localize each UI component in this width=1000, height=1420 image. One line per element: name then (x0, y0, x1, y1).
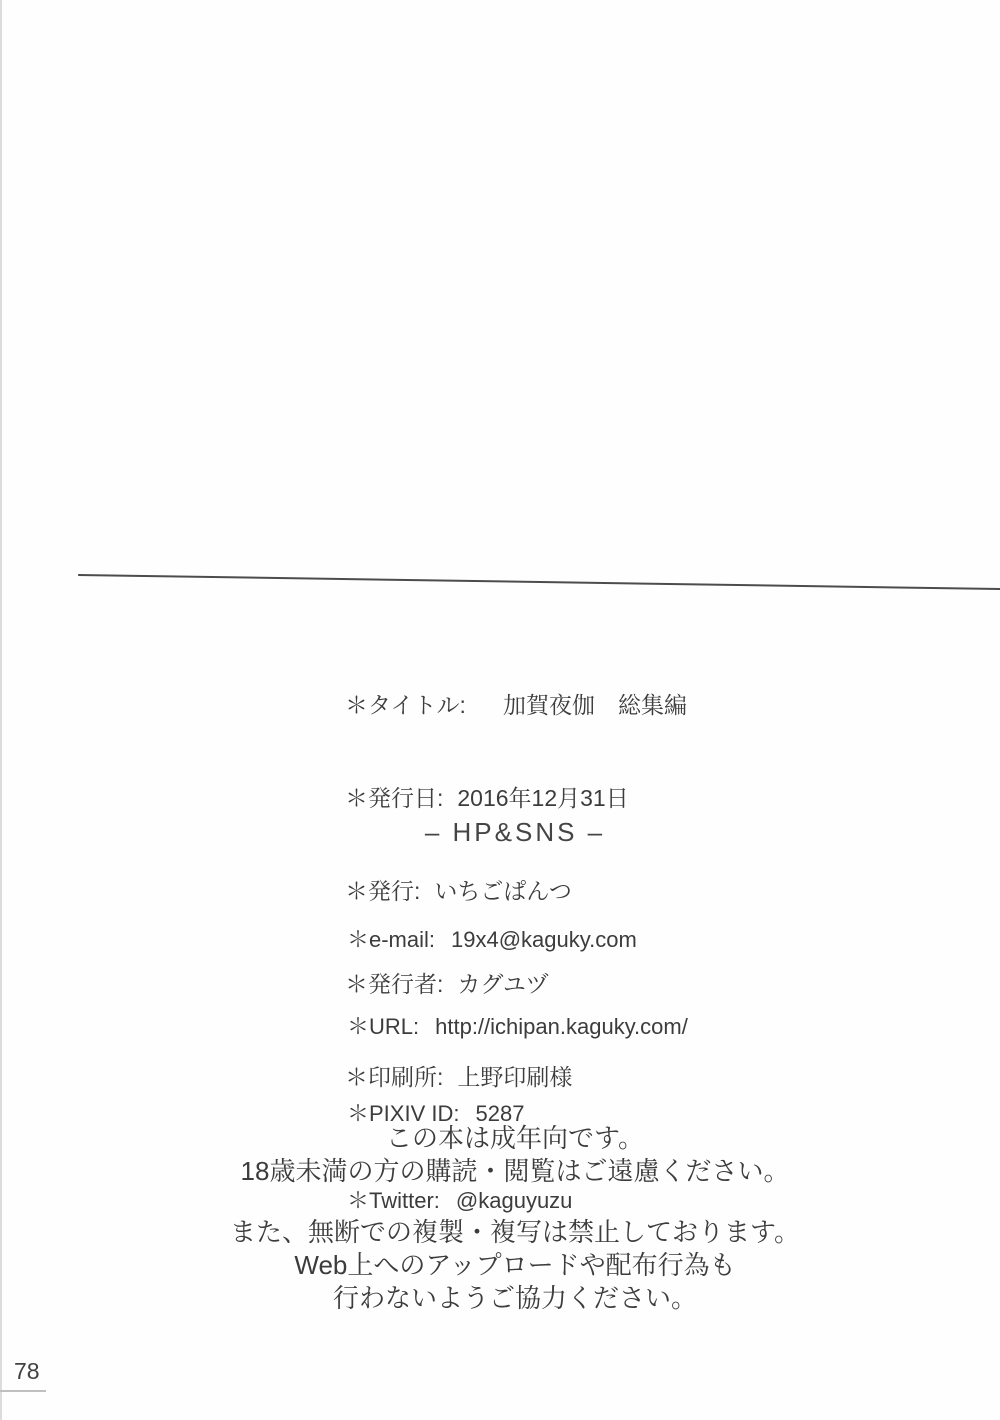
colophon-page: ＊タイトル: 加賀夜伽 総集編 ＊発行日: 2016年12月31日 ＊発行: い… (0, 0, 1000, 1420)
contact-label: ＊e-mail: (347, 925, 435, 954)
age-notice-line: この本は成年向です。 (0, 1122, 1000, 1155)
contacts-block: ＊e-mail: 19x4@kaguky.com ＊URL: http://ic… (347, 867, 688, 1273)
copy-notice-line: Web上へのアップロードや配布行為も (0, 1249, 1000, 1282)
credit-label: ＊タイトル: (345, 690, 466, 721)
scan-edge-bottom (0, 1390, 46, 1392)
contact-value: http://ichipan.kaguky.com/ (435, 1012, 688, 1041)
credit-row-date: ＊発行日: 2016年12月31日 (345, 783, 687, 814)
divider-line (78, 574, 1000, 590)
credit-label: ＊発行日: (345, 783, 443, 814)
hp-sns-heading: – HP&SNS – (0, 817, 1000, 848)
age-notice: この本は成年向です。 18歳未満の方の購読・閲覧はご遠慮ください。 (0, 1122, 1000, 1188)
credit-value: 2016年12月31日 (457, 783, 628, 814)
credit-value: 加賀夜伽 総集編 (480, 690, 687, 721)
page-number: 78 (14, 1358, 40, 1385)
contact-label: ＊URL: (347, 1012, 419, 1041)
contact-value: 19x4@kaguky.com (451, 925, 637, 954)
contact-row-twitter: ＊Twitter: @kaguyuzu (347, 1186, 688, 1215)
copy-notice-line: 行わないようご協力ください。 (0, 1282, 1000, 1315)
contact-row-email: ＊e-mail: 19x4@kaguky.com (347, 925, 688, 954)
copy-notice-line: また、無断での複製・複写は禁止しております。 (0, 1216, 1000, 1249)
copy-notice: また、無断での複製・複写は禁止しております。 Web上へのアップロードや配布行為… (0, 1216, 1000, 1315)
contact-value: @kaguyuzu (456, 1186, 573, 1215)
scan-edge-left (0, 0, 2, 1420)
contact-label: ＊Twitter: (347, 1186, 440, 1215)
credit-row-title: ＊タイトル: 加賀夜伽 総集編 (345, 690, 687, 721)
age-notice-line: 18歳未満の方の購読・閲覧はご遠慮ください。 (0, 1155, 1000, 1188)
contact-row-url: ＊URL: http://ichipan.kaguky.com/ (347, 1012, 688, 1041)
